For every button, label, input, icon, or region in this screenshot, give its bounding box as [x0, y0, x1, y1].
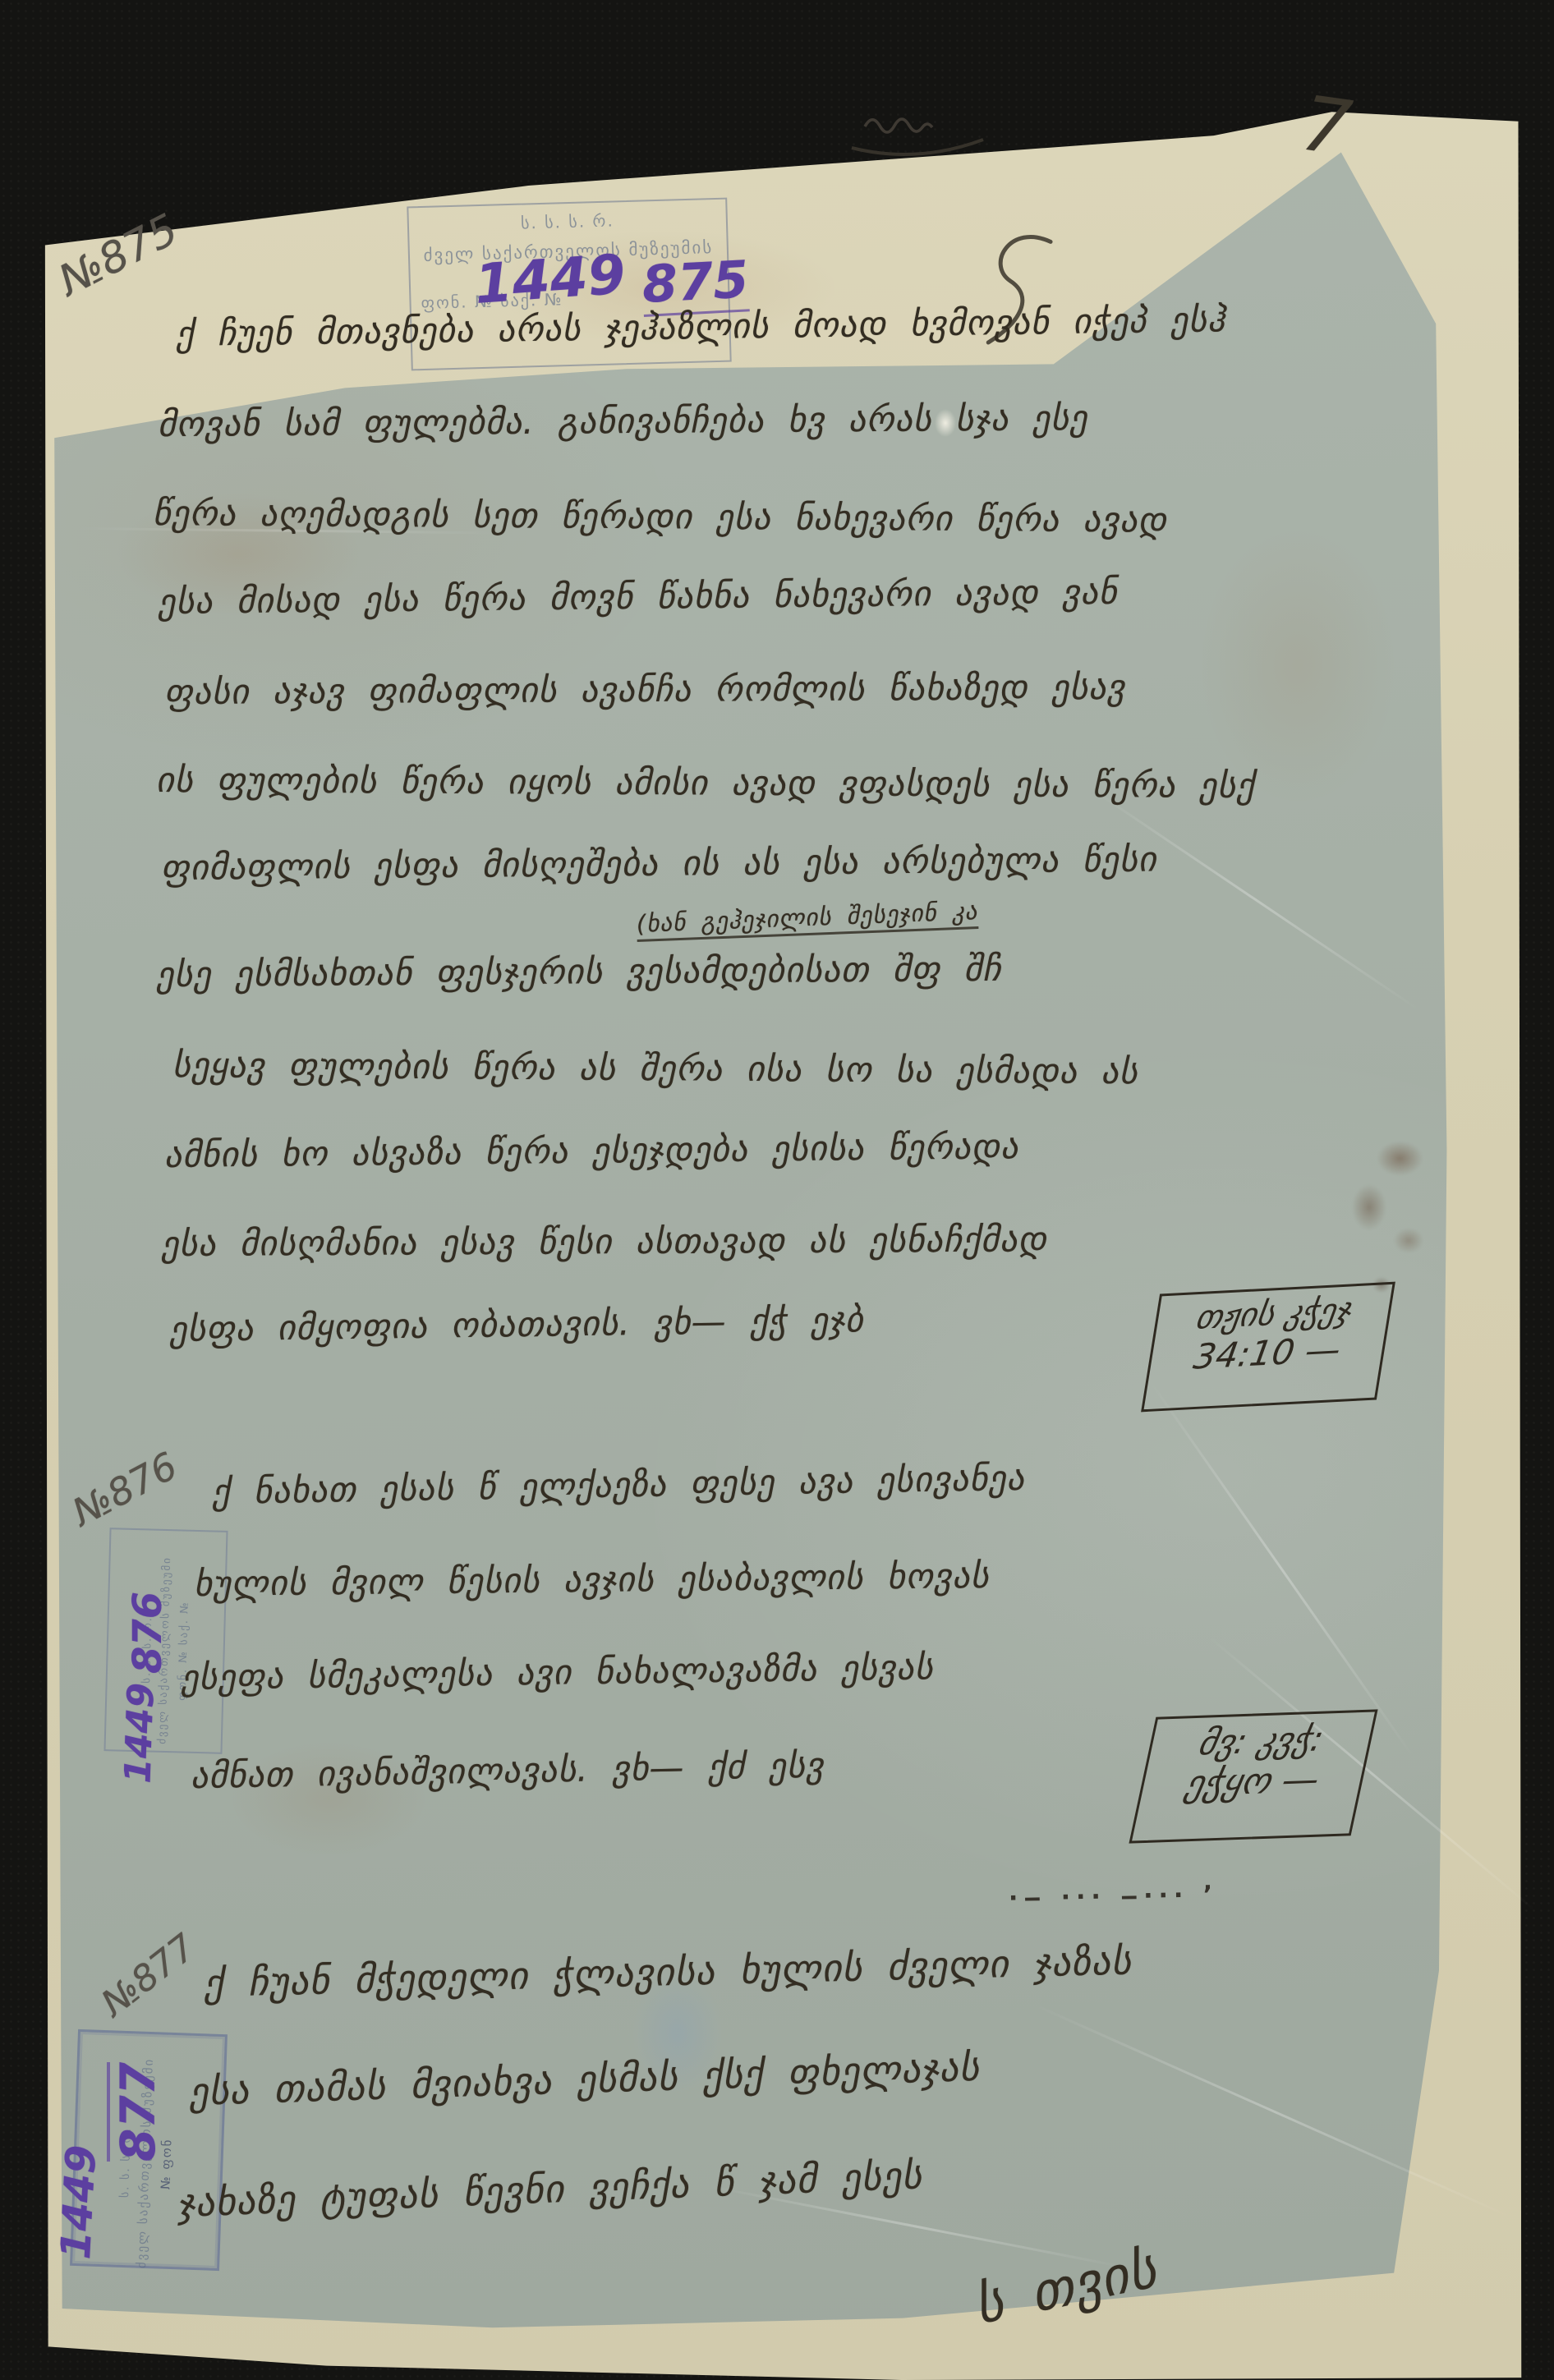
text-line: ფასი აჯავ ფიმაფლის ავანჩა რომლის წახაზედ… [164, 667, 1125, 712]
stamp-fields-line: ფონ. № საქ. № [175, 1542, 193, 1759]
scan-background: 7 ს. ს. ს. რ. ძველ საქართველოს მუზეუმის … [0, 0, 1554, 2380]
box-note-2: მვ: კვჭ: ეჭყო — [1129, 1709, 1377, 1843]
stamp-fond-number-top: 1449 [472, 242, 628, 316]
stamp-fond-number-bottom: 1449 [52, 2144, 105, 2261]
stamp-item-number-middle: 876 [125, 1592, 171, 1674]
text-line: სეყავ ფულების წერა ას შერა ისა სო სა ესმ… [172, 1045, 1138, 1091]
paper-stain [1199, 526, 1396, 805]
separator-dots: ·‒ ··· ‒··· ʼ [1009, 1881, 1219, 1913]
text-line: ის ფულების წერა იყოს ამისი ავად ვფასდეს … [156, 760, 1255, 806]
text-line: წერა აღემადგის სეთ წერადი ესა ნახევარი წ… [153, 493, 1167, 540]
text-line: ესე ესმსახთან ფესჯერის ვესამდებისათ შფ შ… [156, 949, 1002, 995]
stamp-org-line1: ს. ს. ს. რ. [409, 208, 727, 237]
stamp-item-number-bottom: 877 [107, 2062, 166, 2162]
box-note-1: თჟის კჭეჯ 34:10 — [1141, 1282, 1395, 1413]
text-line: მოვან სამ ფულებმა. განივანჩება ხვ არას ს… [158, 397, 1088, 444]
top-scribble-mark [850, 108, 990, 166]
text-line: ესა მისღმანია ესავ წესი ასთავად ას ესნაჩ… [161, 1219, 1047, 1264]
stamp-fond-number-middle: 1449 [117, 1682, 163, 1784]
text-line: ხულის მვილ წესის ავჯის ესაბავლის ხოვას [194, 1555, 990, 1604]
box-note-2-line2: ეჭყო — [1139, 1757, 1365, 1806]
